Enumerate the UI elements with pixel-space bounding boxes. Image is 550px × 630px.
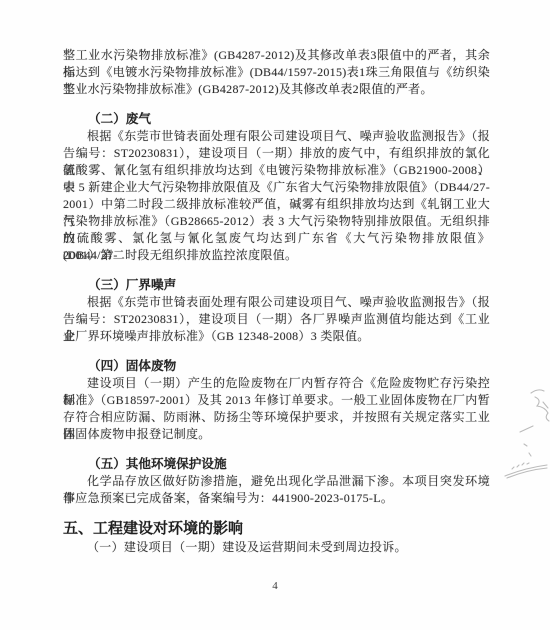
- document-page: 整工业水污染物排放标准》(GB4287-2012)及其修改单表3限值中的严者，其…: [0, 0, 550, 630]
- page-number: 4: [0, 580, 550, 592]
- handwritten-annotation: [503, 386, 550, 496]
- text-line: 根据《东莞市世锜表面处理有限公司建设项目气、噪声验收监测报告》（报: [63, 294, 490, 311]
- text-line: 件应急预案已完成备案，备案编号为：441900-2023-0175-L。: [63, 490, 490, 507]
- text-line: 污染物排放标准》（GB28665-2012）表 3 大气污染物特别排放限值。无组…: [63, 213, 490, 230]
- text-line: 根据《东莞市世锜表面处理有限公司建设项目气、噪声验收监测报告》（报: [63, 128, 490, 145]
- text-line: 的硫酸雾、氯化氢与氰化氢废气均达到广东省《大气污染物排放限值》(DB44/27-: [63, 230, 490, 247]
- text-line: 标达到《电镀水污染物排放标准》(DB44/1597-2015)表1珠三角限值与《…: [63, 64, 490, 81]
- text-line: （一）建设项目（一期）建设及运营期间未受到周边投诉。: [63, 539, 490, 556]
- text-line: 标准》（GB18597-2001）及其 2013 年修订单要求。一般工业固体废物…: [63, 392, 490, 409]
- section-heading-boundary-noise: （三）厂界噪声: [63, 277, 490, 294]
- text-line: 表 5 新建企业大气污染物排放限值及《广东省大气污染物排放限值》（DB44/27…: [63, 179, 490, 196]
- text-line: 建设项目（一期）产生的危险废物在厂内暂存符合《危险废物贮存污染控制: [63, 375, 490, 392]
- text-line: 告编号：ST20230831），建设项目（一期）排放的废气中，有组织排放的氯化氢…: [63, 145, 490, 162]
- section-heading-other-facilities: （五）其他环境保护设施: [63, 456, 490, 473]
- text-line: 2001）中第二时段二级排放标准较严值，碱雾有组织排放均达到《轧钢工业大气: [63, 196, 490, 213]
- text-line: 体固体废物申报登记制度。: [63, 426, 490, 443]
- text-line: 工业水污染物排放标准》(GB4287-2012)及其修改单表2限值的严者。: [63, 81, 490, 98]
- section-heading-waste-gas: （二）废气: [63, 111, 490, 128]
- chapter-heading-construction-impact: 五、工程建设对环境的影响: [63, 519, 490, 539]
- text-line: 存符合相应防漏、防雨淋、防扬尘等环境保护要求，并按照有关规定落实工业固: [63, 409, 490, 426]
- text-line: 整工业水污染物排放标准》(GB4287-2012)及其修改单表3限值中的严者，其…: [63, 47, 490, 64]
- document-body: 整工业水污染物排放标准》(GB4287-2012)及其修改单表3限值中的严者，其…: [63, 47, 490, 556]
- section-heading-solid-waste: （四）固体废物: [63, 358, 490, 375]
- text-line: 业厂界环境噪声排放标准》（GB 12348-2008）3 类限值。: [63, 328, 490, 345]
- text-line: 化学品存放区做好防渗措施，避免出现化学品泄漏下渗。本项目突发环境事: [63, 473, 490, 490]
- text-line: 告编号：ST20230831），建设项目（一期）各厂界噪声监测值均能达到《工业企: [63, 311, 490, 328]
- text-line: 硫酸雾、氰化氢有组织排放均达到《电镀污染物排放标准》（GB21900-2008）…: [63, 162, 490, 179]
- text-line: 2001）第二时段无组织排放监控浓度限值。: [63, 247, 490, 264]
